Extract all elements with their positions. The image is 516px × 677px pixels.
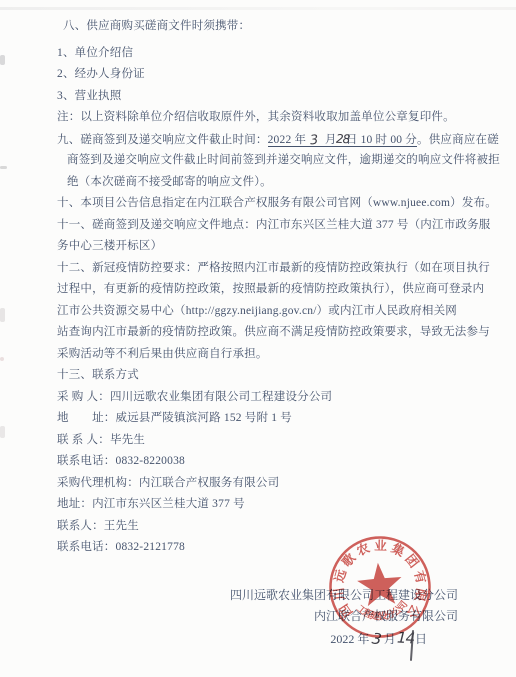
stamp-banner-text: 工程建设分公司 (353, 598, 411, 625)
scan-artifact (0, 426, 5, 438)
stamp-star-icon (356, 561, 404, 607)
deadline-label: 九、磋商签到及递交响应文件截止时间： (57, 134, 268, 146)
section-12-continuation: 过程中，有更新的疫情防控政策，按照最新的疫情防控政策执行），供应商可登录内 (0, 279, 516, 301)
section-11-line: 十一、磋商签到及递交响应文件地点：内江市东兴区兰桂大道 377 号（内江市政务服 (0, 215, 516, 237)
note-line: 注：以上资料除单位介绍信收取原件外，其余资料收取加盖单位公章复印件。 (0, 107, 516, 129)
section-9-continuation: 商签到及递交响应文件截止时间前签到并递交响应文件，逾期递交的响应文件将被拒 (0, 150, 516, 172)
section-10-line: 十、本项目公告信息指定在内江联合产权服务有限公司官网（www.njuee.com… (0, 193, 516, 215)
signature-company-2: 内江联合产权服务有限公司 (0, 606, 516, 628)
purchaser-phone-line: 联系电话：0832-8220038 (0, 451, 516, 473)
signature-company-1: 四川远歌农业集团有限公司工程建设分公司 (0, 585, 516, 607)
scan-artifact (0, 357, 4, 361)
section-9-deadline-line: 九、磋商签到及递交响应文件截止时间：2022 年 3 月28日 10 时 00 … (0, 129, 516, 151)
agency-address-line: 地址：内江市东兴区兰桂大道 377 号 (0, 494, 516, 516)
section-12-continuation: 江市公共资源交易中心（http://ggzy.neijiang.gov.cn/）… (0, 301, 516, 323)
purchaser-address-line: 地 址：威远县严陵镇滨河路 152 号附 1 号 (0, 408, 516, 430)
section-12-line: 十二、新冠疫情防控要求：严格按照内江市最新的疫情防控政策执行（如在项目执行 (0, 258, 516, 280)
handwritten-day: 28 (335, 128, 349, 150)
section-8-heading: 八、供应商购买磋商文件时须携带： (0, 16, 516, 38)
signature-block: 四川远歌农业集团有限公司工程建设分公司 内江联合产权服务有限公司 2022 年3… (0, 585, 516, 650)
list-item-1: 1、单位介绍信 (0, 43, 516, 65)
agency-line: 采购代理机构：内江联合产权服务有限公司 (0, 473, 516, 495)
agency-phone-line: 联系电话：0832-2121778 (0, 537, 516, 559)
scan-artifact-top-band (0, 7, 516, 10)
scan-artifact (0, 308, 5, 322)
scan-artifact (0, 166, 7, 169)
section-9-continuation: 绝（本次磋商不接受邮寄的响应文件）。 (0, 172, 516, 194)
purchaser-line: 采 购 人：四川远歌农业集团有限公司工程建设分公司 (0, 387, 516, 409)
section-12-continuation: 采购活动等不利后果由供应商自行承担。 (0, 344, 516, 366)
list-item-2: 2、经办人身份证 (0, 64, 516, 86)
section-13-heading: 十三、联系方式 (0, 365, 516, 387)
purchaser-contact-line: 联 系 人：毕先生 (0, 430, 516, 452)
handwritten-month: 3 (309, 129, 319, 151)
svg-text:工程建设分公司: 工程建设分公司 (353, 598, 411, 625)
document-body: 八、供应商购买磋商文件时须携带： 1、单位介绍信 2、经办人身份证 3、营业执照… (0, 0, 516, 559)
list-item-3: 3、营业执照 (0, 86, 516, 108)
signature-date: 2022 年3月14日 (0, 628, 516, 650)
company-seal-stamp: 四川远歌农业集团有限公司 工程建设分公司 (321, 528, 438, 645)
scan-artifact (0, 55, 5, 65)
scanned-document-page: 八、供应商购买磋商文件时须携带： 1、单位介绍信 2、经办人身份证 3、营业执照… (0, 0, 516, 677)
section-12-continuation: 站查询内江市最新的疫情防控政策。供应商不满足疫情防控政策要求，导致无法参与 (0, 322, 516, 344)
agency-contact-line: 联系人：王先生 (0, 516, 516, 538)
section-11-continuation: 务中心三楼开标区） (0, 236, 516, 258)
deadline-underlined-date: 2022 年 3 月28日 10 时 00 分 (268, 134, 417, 147)
